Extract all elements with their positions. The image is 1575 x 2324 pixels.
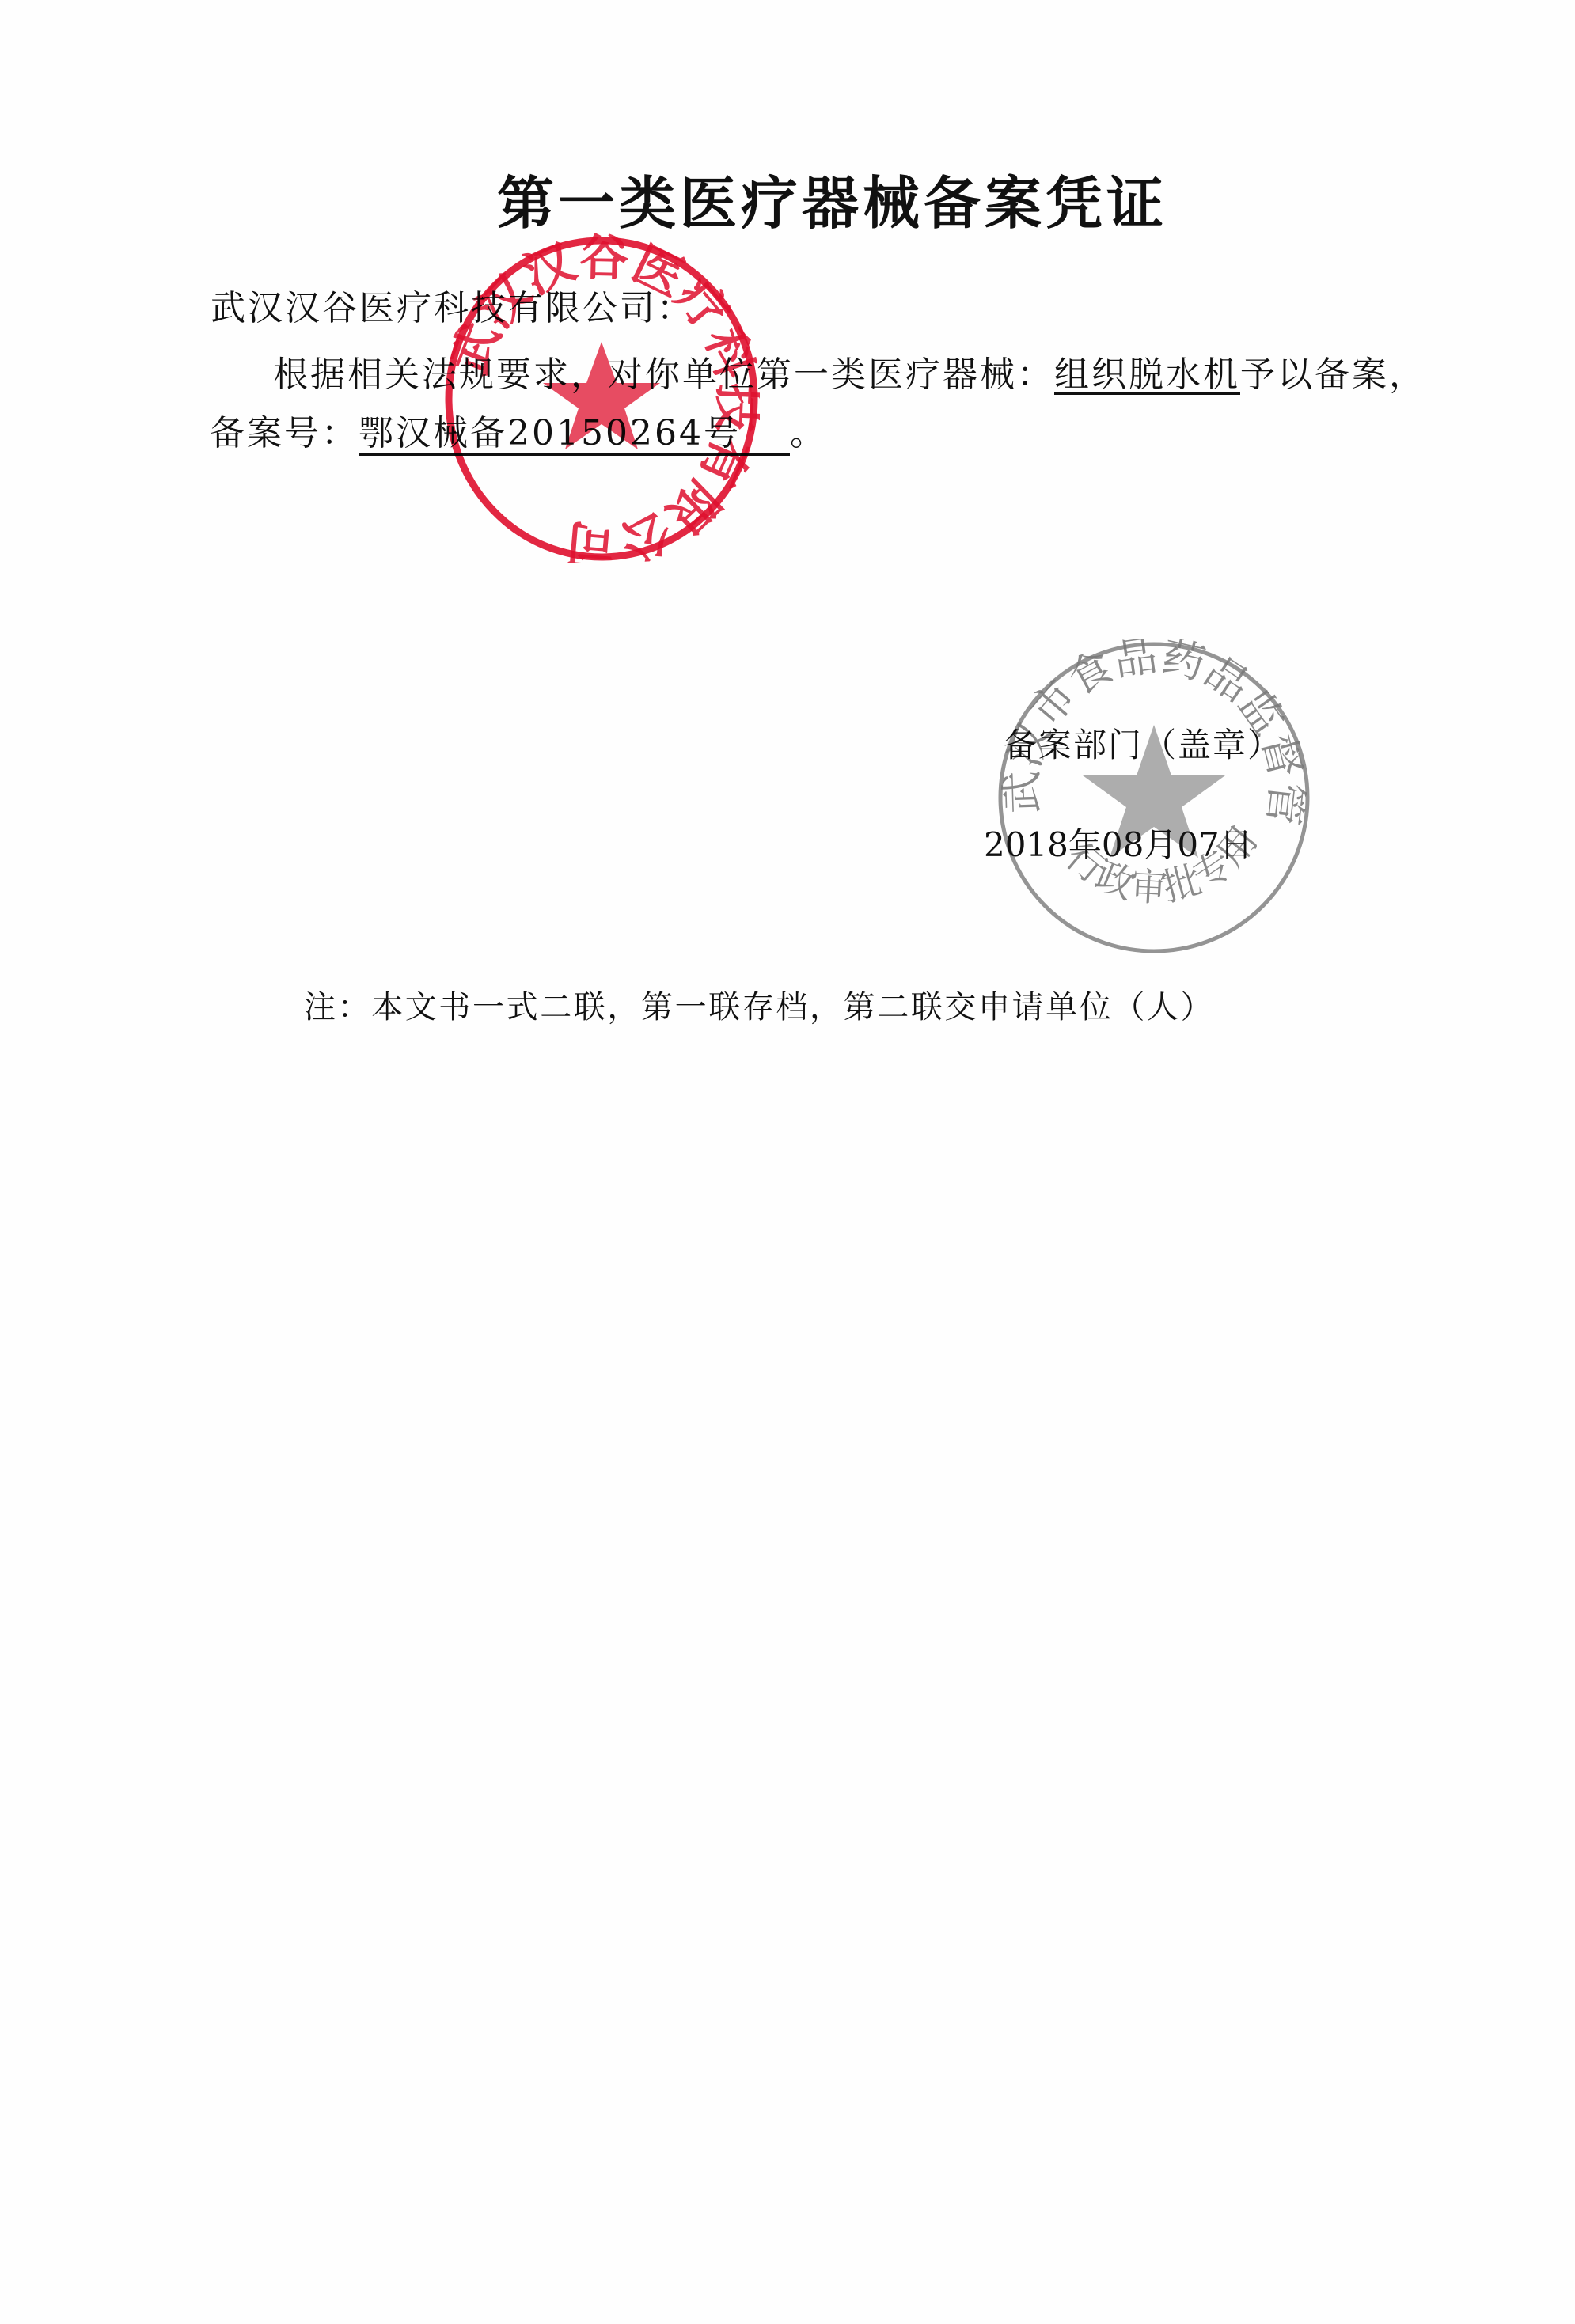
record-label: 备案号：	[210, 413, 359, 453]
filing-department-label: 备案部门（盖章）	[1004, 723, 1282, 768]
company-seal-text: 武汉汉谷医疗科技有限公司	[443, 231, 760, 563]
addressee: 武汉汉谷医疗科技有限公司：	[211, 286, 694, 331]
body-prefix: 根据相关法规要求，对你单位第一类医疗器械：	[273, 354, 1054, 395]
filing-date: 2018年08月07日	[984, 823, 1253, 867]
document-title: 第一类医疗器械备案凭证	[497, 168, 1167, 239]
record-number: 鄂汉械备20150264号	[359, 414, 790, 456]
device-name: 组织脱水机	[1054, 354, 1240, 395]
authority-seal-stamp: 武汉市食品药品监督管理局 行政审批专用章	[996, 639, 1312, 956]
svg-text:武汉汉谷医疗科技有限公司: 武汉汉谷医疗科技有限公司	[443, 231, 760, 563]
certificate-page: 第一类医疗器械备案凭证 武汉汉谷医疗科技有限公司： 根据相关法规要求，对你单位第…	[0, 0, 1575, 2324]
company-seal-stamp: 武汉汉谷医疗科技有限公司	[443, 231, 760, 563]
footnote: 注：本文书一式二联，第一联存档，第二联交申请单位（人）	[304, 986, 1214, 1029]
body-paragraph: 根据相关法规要求，对你单位第一类医疗器械：组织脱水机予以备案，	[273, 353, 1426, 397]
svg-text:行政审批专用章: 行政审批专用章	[996, 639, 1267, 911]
body-suffix: 予以备案，	[1240, 354, 1426, 395]
record-number-line: 备案号：鄂汉械备20150264号。	[210, 411, 827, 456]
authority-seal-bottom-text: 行政审批专用章	[996, 639, 1267, 911]
record-end: 。	[790, 413, 827, 453]
